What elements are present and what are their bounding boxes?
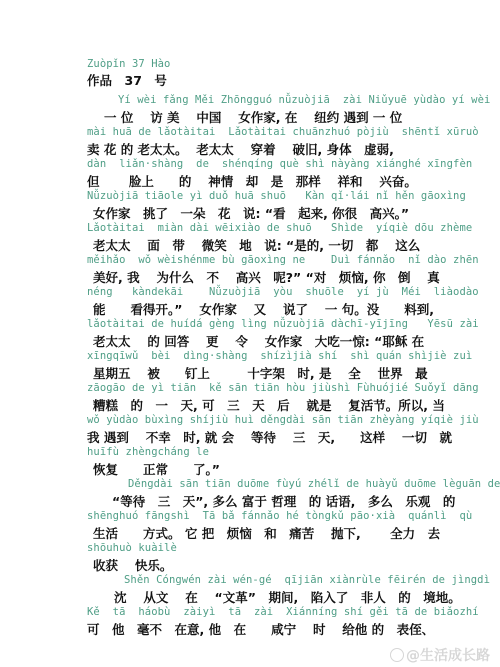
hanzi-line: 女作家 挑了 一朵 花 说: “看 起来, 你很 高兴。” bbox=[93, 204, 409, 222]
pinyin-line: Lǎotàitai miàn dài wēixiào de shuō Shìde… bbox=[87, 222, 472, 234]
hanzi-line: 但 脸上 的 神情 却 是 那样 祥和 兴奋。 bbox=[87, 172, 417, 190]
pinyin-line: xīngqīwǔ bèi dìng·shàng shízìjià shí shì… bbox=[87, 350, 472, 362]
hanzi-line: 我 遇到 不幸 时, 就 会 等待 三 天, 这样 一切 就 bbox=[87, 428, 452, 446]
pinyin-line: wǒ yùdào bùxìng shíjiù huì děngdài sān t… bbox=[87, 414, 479, 426]
hanzi-line: 美好, 我 为什么 不 高兴 呢?” “对 烦恼, 你 倒 真 bbox=[93, 268, 440, 286]
pinyin-line: Shěn Cóngwén zài wén-gé qījiān xiànrùle … bbox=[124, 574, 490, 586]
pinyin-line: Děngdài sān tiān duōme fùyú zhélǐ de huà… bbox=[128, 478, 500, 490]
hanzi-line: 老太太 的 回答 更 令 女作家 大吃一惊: “耶稣 在 bbox=[93, 332, 424, 350]
title-pinyin: Zuòpǐn 37 Hào bbox=[87, 58, 170, 70]
pinyin-line: huīfù zhèngcháng le bbox=[87, 446, 209, 458]
hanzi-line: “等待 三 天”, 多么 富于 哲理 的 话语, 多么 乐观 的 bbox=[112, 492, 455, 510]
hanzi-line: 一 位 访 美 中国 女作家, 在 纽约 遇到 一 位 bbox=[104, 108, 402, 126]
watermark: @生活成长路 bbox=[390, 645, 490, 665]
watermark-logo-icon bbox=[390, 648, 404, 662]
hanzi-line: 恢复 正常 了。” bbox=[93, 460, 220, 478]
pinyin-line: shōuhuò kuàilè bbox=[87, 542, 177, 554]
pinyin-line: zāogāo de yì tiān kě sān tiān hòu jiùshì… bbox=[87, 382, 479, 394]
hanzi-line: 老太太 面 带 微笑 地 说: “是的, 一切 都 这么 bbox=[93, 236, 420, 254]
pinyin-line: Kě tā háobù zàiyì tā zài Xiánníng shí gě… bbox=[87, 606, 479, 618]
pinyin-line: dàn liǎn·shàng de shénqíng què shì nàyàn… bbox=[87, 158, 472, 170]
pinyin-line: lǎotàitai de huídá gèng lìng nǚzuòjiā dà… bbox=[87, 318, 479, 330]
title-hanzi: 作品 37 号 bbox=[87, 71, 167, 89]
pinyin-line: Yí wèi fǎng Měi Zhōngguó nǚzuòjiā zài Ni… bbox=[118, 94, 490, 106]
pinyin-line: mài huā de lǎotàitai Lǎotàitai chuānzhuó… bbox=[87, 126, 479, 138]
pinyin-line: měihǎo wǒ wèishénme bù gāoxìng ne Duì fá… bbox=[87, 254, 479, 266]
watermark-text: @生活成长路 bbox=[406, 648, 490, 664]
pinyin-line: Nǚzuòjiā tiāole yì duǒ huā shuō Kàn qǐ·l… bbox=[87, 190, 466, 202]
document-page: Zuòpǐn 37 Hào 作品 37 号 Yí wèi fǎng Měi Zh… bbox=[0, 0, 500, 667]
hanzi-line: 收获 快乐。 bbox=[93, 556, 172, 574]
hanzi-line: 沈 从文 在 “文革” 期间, 陷入了 非人 的 境地。 bbox=[114, 588, 461, 606]
hanzi-line: 可 他 毫不 在意, 他 在 咸宁 时 给他 的 表侄、 bbox=[87, 620, 434, 638]
hanzi-line: 生活 方式。 它 把 烦恼 和 痛苦 抛下, 全力 去 bbox=[93, 524, 440, 542]
pinyin-line: shēnghuó fāngshì Tā bǎ fánnǎo hé tòngkǔ … bbox=[87, 510, 472, 522]
hanzi-line: 星期五 被 钉上 十字架 时, 是 全 世界 最 bbox=[93, 364, 428, 382]
hanzi-line: 卖 花 的 老太太。 老太太 穿着 破旧, 身体 虚弱, bbox=[87, 140, 394, 158]
hanzi-line: 能 看得开。” 女作家 又 说了 一 句。没 料到, bbox=[93, 300, 434, 318]
pinyin-line: néng kàndekāi Nǚzuòjiā yòu shuōle yí jù … bbox=[87, 286, 479, 298]
hanzi-line: 糟糕 的 一 天, 可 三 天 后 就是 复活节。所以, 当 bbox=[93, 396, 445, 414]
